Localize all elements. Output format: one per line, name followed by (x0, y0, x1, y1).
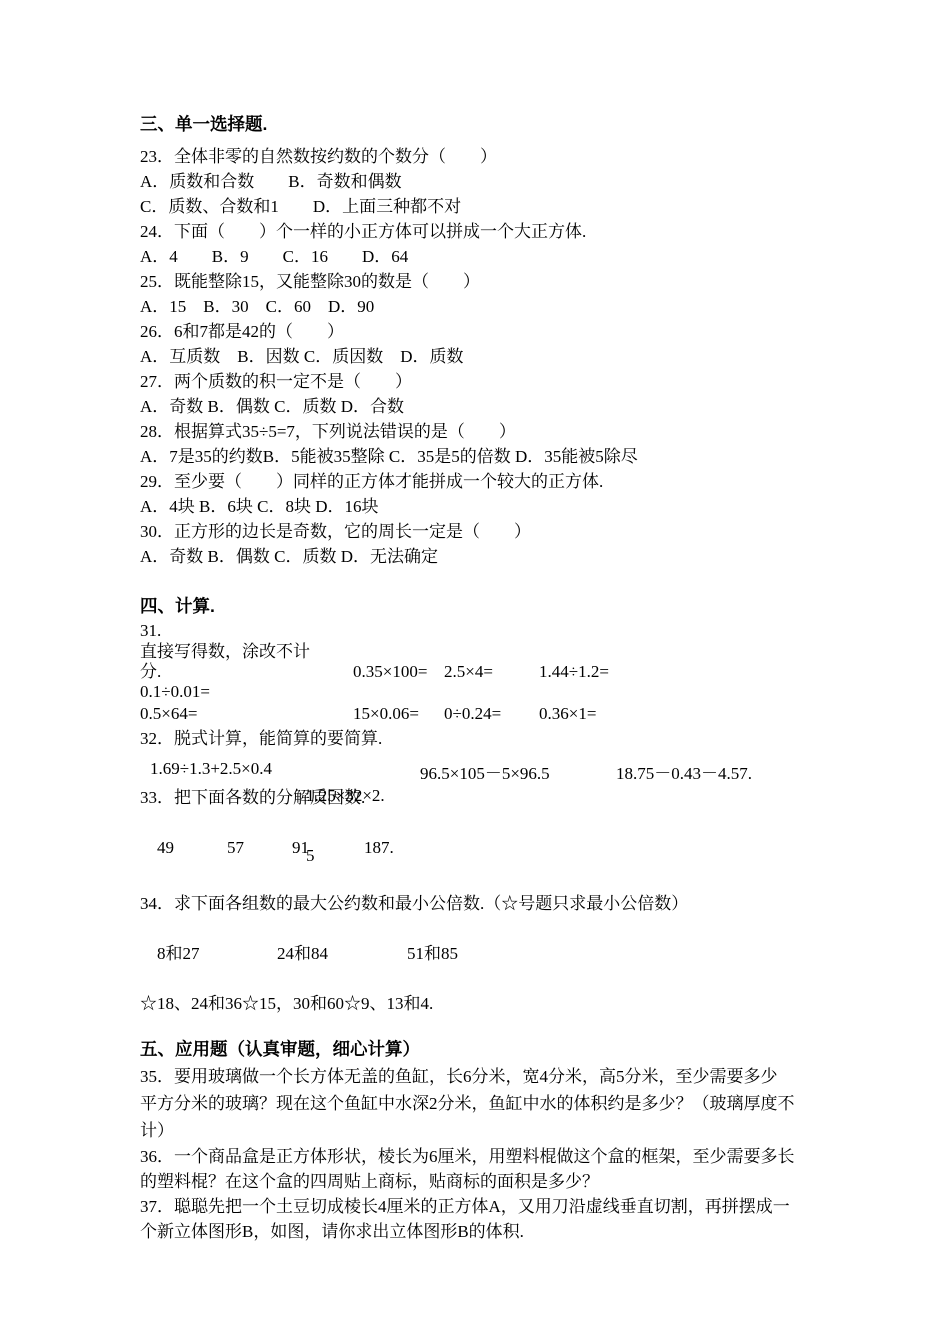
q32-expr-2: 1.25×32×2. 5 (306, 746, 385, 906)
question-28-options: A．7是35的约数B．5能被35整除 C．35是5的倍数 D．35能被5除尽 (140, 444, 950, 469)
question-25-options: A．15 B．30 C．60 D．90 (140, 294, 950, 319)
q33-number-2: 57 (227, 835, 292, 860)
question-33: 33．把下面各数的分解质因数. (140, 785, 950, 810)
question-37-line2: 个新立体图形B，如图，请你求出立体图形B的体积. (140, 1219, 950, 1244)
q31-expr-r2c4: 0.36×1= (539, 702, 596, 726)
q31-expr-r2c2: 15×0.06= (353, 702, 444, 726)
section-heading-application: 五、应用题（认真审题，细心计算） (140, 1036, 950, 1062)
question-23-options-ab: A．质数和合数 B．奇数和偶数 (140, 169, 950, 194)
question-35-line2: 平方分米的玻璃？现在这个鱼缸中水深2分米，鱼缸中水的体积约是多少？（玻璃厚度不 (140, 1090, 950, 1117)
q31-note-line2: 分. (140, 662, 353, 682)
question-29: 29．至少要（ ）同样的正方体才能拼成一个较大的正方体. (140, 469, 950, 494)
question-24-options: A．4 B．9 C．16 D．64 (140, 244, 950, 269)
q31-expr-r1c2: 0.35×100= (353, 642, 444, 702)
question-23-options-cd: C．质数、合数和1 D．上面三种都不对 (140, 194, 950, 219)
question-29-options: A．4块 B．6块 C．8块 D．16块 (140, 494, 950, 519)
question-30-options: A．奇数 B．偶数 C．质数 D．无法确定 (140, 544, 950, 569)
q31-row-1: 直接写得数，涂改不计 分. 0.1÷0.01= 0.35×100= 2.5×4=… (140, 642, 950, 702)
q31-expr-r2c1: 0.5×64= (140, 702, 353, 726)
question-34: 34．求下面各组数的最大公约数和最小公倍数.（☆号题只求最小公倍数） (140, 891, 950, 916)
q34-group-2: 24和84 (277, 941, 407, 966)
question-36-line1: 36．一个商品盒是正方体形状，棱长为6厘米，用塑料棍做这个盒的框架，至少需要多长 (140, 1144, 950, 1169)
question-34-starred-groups: ☆18、24和36☆15，30和60☆9、13和4. (140, 991, 950, 1016)
section-heading-choice: 三、单一选择题. (140, 111, 950, 137)
question-32: 32．脱式计算，能简算的要简算. (140, 726, 950, 751)
question-32-expressions: 1.69÷1.3+2.5×0.4 1.25×32×2. 5 96.5×105－5… (140, 751, 950, 785)
q31-expr-r1c1: 0.1÷0.01= (140, 682, 353, 702)
q31-expr-r1c3: 2.5×4= (444, 642, 539, 702)
q31-row-2: 0.5×64= 15×0.06= 0÷0.24= 0.36×1= (140, 702, 950, 726)
question-31-table: 直接写得数，涂改不计 分. 0.1÷0.01= 0.35×100= 2.5×4=… (140, 642, 950, 726)
q34-group-1: 8和27 (157, 941, 277, 966)
question-23: 23．全体非零的自然数按约数的个数分（ ） (140, 144, 950, 169)
question-25: 25．既能整除15，又能整除30的数是（ ） (140, 269, 950, 294)
question-37-line1: 37．聪聪先把一个土豆切成棱长4厘米的正方体A，又用刀沿虚线垂直切割，再拼摆成一 (140, 1194, 950, 1219)
section-heading-calc: 四、计算. (140, 593, 950, 619)
q32-expr-1: 1.69÷1.3+2.5×0.4 (150, 759, 272, 779)
q31-expr-r1c4: 1.44÷1.2= (539, 642, 609, 702)
question-34-groups: 8和2724和8451和85 (140, 916, 950, 991)
q31-note-line1: 直接写得数，涂改不计 (140, 642, 353, 662)
question-24: 24．下面（ ）个一样的小正方体可以拼成一个大正方体. (140, 219, 950, 244)
question-30: 30．正方形的边长是奇数，它的周长一定是（ ） (140, 519, 950, 544)
question-27-options: A．奇数 B．偶数 C．质数 D．合数 (140, 394, 950, 419)
question-27: 27．两个质数的积一定不是（ ） (140, 369, 950, 394)
q34-group-3: 51和85 (407, 944, 458, 963)
q32-expr-2-line2: 5 (306, 846, 385, 866)
question-35-line1: 35．要用玻璃做一个长方体无盖的鱼缸，长6分米，宽4分米，高5分米，至少需要多少 (140, 1063, 950, 1090)
question-31-number: 31. (140, 619, 950, 642)
q33-number-1: 49 (157, 835, 227, 860)
exam-document-page: 三、单一选择题. 23．全体非零的自然数按约数的个数分（ ） A．质数和合数 B… (0, 0, 950, 1344)
q32-expr-2-line1: 1.25×32×2. (306, 786, 385, 806)
question-35-line3: 计） (140, 1117, 950, 1144)
q32-expr-4: 18.75－0.43－4.57. (616, 759, 752, 784)
question-26: 26．6和7都是42的（ ） (140, 319, 950, 344)
question-36-line2: 的塑料棍？在这个盒的四周贴上商标，贴商标的面积是多少？ (140, 1169, 950, 1194)
q32-expr-3: 96.5×105－5×96.5 (420, 759, 550, 784)
question-26-options: A．互质数 B．因数 C．质因数 D．质数 (140, 344, 950, 369)
question-33-numbers: 495791187. (140, 810, 950, 885)
q31-expr-r2c3: 0÷0.24= (444, 702, 539, 726)
q31-cell-note: 直接写得数，涂改不计 分. 0.1÷0.01= (140, 642, 353, 702)
question-28: 28．根据算式35÷5=7，下列说法错误的是（ ） (140, 419, 950, 444)
